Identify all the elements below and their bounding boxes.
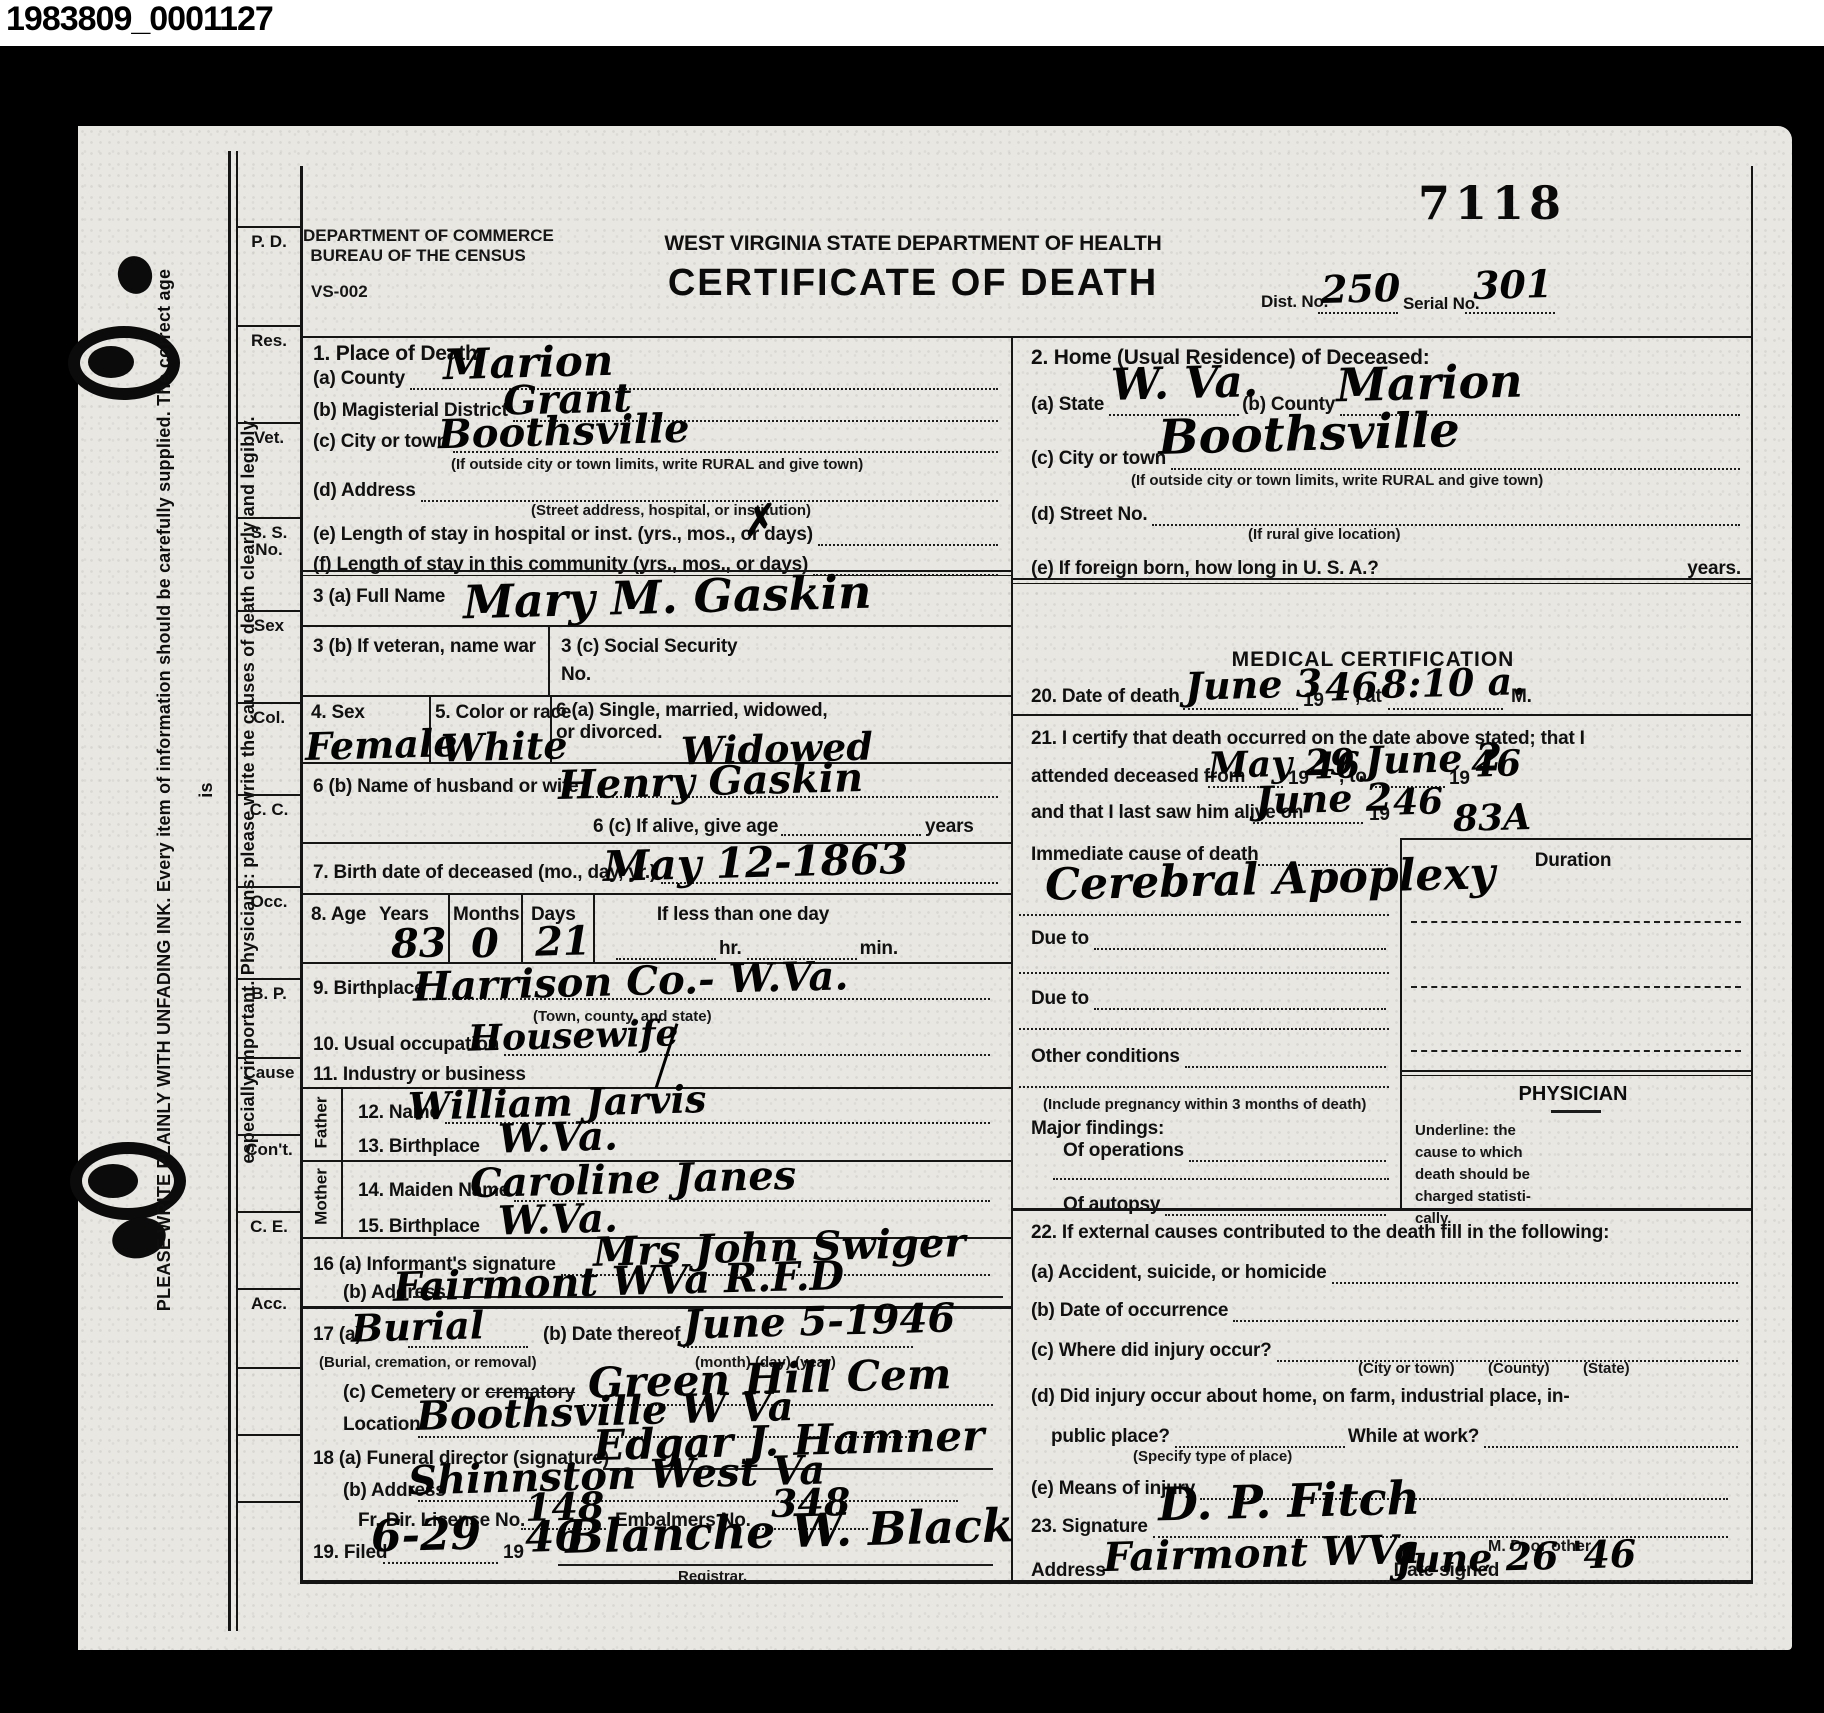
physician-signature-value: D. P. Fitch xyxy=(1157,1475,1420,1528)
dashed-line xyxy=(1411,1050,1741,1052)
last-alive-value: June 2 xyxy=(1255,778,1393,820)
residence-street-row: (d) Street No. xyxy=(1031,502,1743,526)
age-days-value: 21 xyxy=(534,921,591,962)
due-to-label-2: Due to xyxy=(1031,988,1089,1010)
district-number-label: Dist. No. xyxy=(1261,292,1328,312)
burial-type-value: Burial xyxy=(351,1306,485,1347)
of-operations-label: Of operations xyxy=(1063,1140,1184,1162)
ssn-label-2: No. xyxy=(561,664,591,686)
residence-state-label: (a) State xyxy=(1031,394,1104,416)
birthdate-value: May 12-1863 xyxy=(603,838,910,888)
dotted-line xyxy=(1388,708,1503,710)
scan-id: 1983809_0001127 xyxy=(6,2,273,36)
section-line xyxy=(303,893,1011,895)
physician-label: PHYSICIAN xyxy=(1403,1084,1743,1104)
of-operations-row: Of operations xyxy=(1063,1138,1389,1162)
pod-county-row: (a) County xyxy=(313,366,1001,390)
index-label-ssno: S. S. No. xyxy=(238,517,300,610)
dotted-line xyxy=(1189,1158,1386,1162)
immediate-cause-value: Cerebral Apoplexy xyxy=(1045,852,1496,908)
residence-city-note: (If outside city or town limits, write R… xyxy=(1131,472,1543,489)
certificate-paper: PLEASE WRITE PLAINLY WITH UNFADING INK. … xyxy=(78,126,1792,1650)
mother-rotated-label: Mother xyxy=(313,1165,330,1229)
filed-date-value: 6-29 xyxy=(370,1513,481,1560)
occurrence-date-label: (b) Date of occurrence xyxy=(1031,1300,1228,1322)
certificate-title: CERTIFICATE OF DEATH xyxy=(633,264,1193,302)
occupation-value: Housewife xyxy=(468,1015,679,1056)
cell-divider-line xyxy=(521,893,523,962)
dotted-line xyxy=(383,1562,498,1564)
dashed-line xyxy=(1411,986,1741,988)
scan-black-band xyxy=(0,46,1824,116)
filed-year-prefix: 19 xyxy=(503,1542,524,1564)
dotted-line xyxy=(1185,1064,1386,1068)
hole-punch-shadow xyxy=(88,1164,138,1198)
father-birthplace-value: W.Va. xyxy=(497,1116,618,1159)
issuing-department: DEPARTMENT OF COMMERCE BUREAU OF THE CEN… xyxy=(303,226,533,265)
index-label-cause: Cause xyxy=(238,1057,300,1134)
marital-label: 6 (a) Single, married, widowed, xyxy=(556,700,827,722)
if-alive-label: 6 (c) If alive, give age xyxy=(593,816,778,838)
external-causes-title: 22. If external causes contributed to th… xyxy=(1031,1222,1609,1244)
dotted-line xyxy=(1233,1318,1738,1322)
accident-row: (a) Accident, suicide, or homicide xyxy=(1031,1260,1741,1284)
index-label-empty xyxy=(238,1501,300,1631)
dashed-line xyxy=(1411,921,1741,923)
fd-address-value: Shinnston West Va xyxy=(408,1451,826,1502)
age-months-value: 0 xyxy=(470,924,499,965)
index-label-vet: Vet. xyxy=(238,422,300,517)
index-label-sex: Sex xyxy=(238,610,300,702)
physician-underline xyxy=(1551,1110,1601,1113)
major-findings-label: Major findings: xyxy=(1031,1118,1164,1140)
index-label-occ: Occ. xyxy=(238,886,300,978)
dept-line2: BUREAU OF THE CENSUS xyxy=(303,246,533,266)
dotted-line xyxy=(1019,1086,1389,1088)
less-than-one-day-label: If less than one day xyxy=(623,904,863,926)
index-label-cc: C. C. xyxy=(238,794,300,886)
residence-foreign-label: (e) If foreign born, how long in U. S. A… xyxy=(1031,558,1379,580)
pod-city-value: Boothsville xyxy=(438,409,690,456)
margin-instructions-line1: PLEASE WRITE PLAINLY WITH UNFADING INK. … xyxy=(143,260,227,1320)
due-to-row-2: Due to xyxy=(1031,986,1389,1010)
date-signed-value: June 26 '46 xyxy=(1395,1535,1637,1579)
mother-birthplace-label: 15. Birthplace xyxy=(358,1216,480,1238)
min-label: min. xyxy=(860,938,898,960)
serial-number-label: Serial No. xyxy=(1403,294,1479,314)
residence-street-label: (d) Street No. xyxy=(1031,504,1147,526)
date-of-death-value: June 3 xyxy=(1185,664,1323,706)
dotted-line xyxy=(1318,312,1398,314)
section-line xyxy=(1011,714,1751,716)
index-label-acc: Acc. xyxy=(238,1288,300,1367)
burial-date-value: June 5-1946 xyxy=(683,1298,956,1345)
other-conditions-label: Other conditions xyxy=(1031,1046,1180,1068)
district-number-value: 250 xyxy=(1321,269,1401,309)
section-line xyxy=(303,695,1011,697)
certificate-form: DEPARTMENT OF COMMERCE BUREAU OF THE CEN… xyxy=(300,166,1753,1584)
residence-state-value: W. Va. xyxy=(1110,360,1258,408)
pod-address-row: (d) Address xyxy=(313,478,1001,502)
section-line xyxy=(1011,583,1751,584)
residence-foreign-suffix: years. xyxy=(1687,558,1741,580)
state-department-line: WEST VIRGINIA STATE DEPARTMENT OF HEALTH xyxy=(633,232,1193,256)
sex-value: Female xyxy=(305,724,458,766)
birthplace-label: 9. Birthplace xyxy=(313,978,424,1000)
section-line xyxy=(1011,578,1751,580)
father-birthplace-label: 13. Birthplace xyxy=(358,1136,480,1158)
veteran-war-label: 3 (b) If veteran, name war xyxy=(313,636,536,658)
dotted-line xyxy=(818,542,998,546)
accident-label: (a) Accident, suicide, or homicide xyxy=(1031,1262,1327,1284)
cell-divider-line xyxy=(548,625,550,695)
ssn-label: 3 (c) Social Security xyxy=(561,636,737,658)
dotted-line xyxy=(1484,1444,1738,1448)
dotted-line xyxy=(1465,312,1555,314)
date-of-death-label: 20. Date of death xyxy=(1031,686,1180,708)
pod-hospital-stay-label: (e) Length of stay in hospital or inst. … xyxy=(313,524,813,546)
injury-location-note: (City or town) (County) (State) xyxy=(1358,1360,1630,1377)
husband-value: Henry Gaskin xyxy=(558,758,864,806)
cemetery-location-label: Location xyxy=(343,1414,421,1436)
father-rotated-label: Father xyxy=(313,1091,330,1155)
parents-bracket-line xyxy=(341,1087,343,1237)
pod-county-label: (a) County xyxy=(313,368,405,390)
physician-address-label: Address xyxy=(1031,1560,1106,1582)
index-label-empty xyxy=(238,1367,300,1434)
index-label-res: Res. xyxy=(238,325,300,422)
dotted-line xyxy=(1332,1280,1738,1284)
burial-date-label: (b) Date thereof xyxy=(543,1324,680,1346)
dotted-line xyxy=(1053,1178,1389,1180)
dotted-line xyxy=(1019,972,1389,974)
section-line xyxy=(303,625,1011,627)
public-place-label: public place? xyxy=(1051,1426,1170,1448)
dotted-line xyxy=(1504,1578,1740,1582)
full-name-label: 3 (a) Full Name xyxy=(313,586,445,608)
while-at-work-label: While at work? xyxy=(1348,1426,1479,1448)
cell-divider-line xyxy=(448,893,450,962)
of-autopsy-row: Of autopsy xyxy=(1063,1192,1389,1216)
margin-note-83a: 83A xyxy=(1453,799,1532,837)
due-to-label-1: Due to xyxy=(1031,928,1089,950)
full-name-value: Mary M. Gaskin xyxy=(462,569,872,626)
residence-foreign-row: (e) If foreign born, how long in U. S. A… xyxy=(1031,556,1743,580)
cell-divider-line xyxy=(593,893,595,962)
margin-instructions: PLEASE WRITE PLAINLY WITH UNFADING INK. … xyxy=(143,260,227,1320)
residence-city-label: (c) City or town xyxy=(1031,448,1166,470)
scanned-death-certificate-page: 1983809_0001127 PLEASE WRITE PLAINLY WIT… xyxy=(0,0,1824,1713)
dotted-line xyxy=(1165,1212,1386,1216)
column-divider-line xyxy=(1011,336,1013,1580)
sex-label: 4. Sex xyxy=(311,702,365,724)
index-label-pd: P. D. xyxy=(238,226,300,325)
margin-rule xyxy=(228,151,231,1631)
solid-line xyxy=(558,1564,993,1566)
dotted-line xyxy=(1094,946,1386,950)
registrar-signature-value: Blanche W. Black xyxy=(564,1502,1014,1560)
serial-number-value: 301 xyxy=(1473,265,1553,305)
residence-city-value: Boothsville xyxy=(1157,406,1460,462)
death-time-value: 8:10 a. xyxy=(1381,662,1526,704)
other-conditions-row: Other conditions xyxy=(1031,1044,1389,1068)
injury-place-line2: public place? While at work? xyxy=(1051,1424,1741,1448)
age-label: 8. Age xyxy=(311,904,366,926)
physician-box-line xyxy=(1400,1075,1751,1076)
dotted-line xyxy=(1094,1006,1386,1010)
of-autopsy-label: Of autopsy xyxy=(1063,1194,1160,1216)
physician-note: Underline: the cause to which death shou… xyxy=(1415,1120,1745,1230)
birthplace-value: Harrison Co.- W.Va. xyxy=(413,956,849,1007)
residence-county-value: Marion xyxy=(1335,358,1523,409)
marital-label-2: or divorced. xyxy=(556,722,662,744)
dotted-line xyxy=(1171,466,1740,470)
section-line-heavy xyxy=(1011,1208,1751,1211)
due-to-row-1: Due to xyxy=(1031,926,1389,950)
death-year-value: 46 xyxy=(1325,667,1379,706)
injury-location-label: (c) Where did injury occur? xyxy=(1031,1340,1272,1362)
scan-id-bar: 1983809_0001127 xyxy=(0,0,1824,46)
pod-hospital-stay-row: (e) Length of stay in hospital or inst. … xyxy=(313,522,1001,546)
pod-city-note: (If outside city or town limits, write R… xyxy=(451,456,863,473)
age-years-value: 83 xyxy=(390,923,447,964)
pod-city-label: (c) City or town xyxy=(313,431,448,453)
occurrence-date-row: (b) Date of occurrence xyxy=(1031,1298,1741,1322)
last-alive-year-value: 46 xyxy=(1393,783,1444,820)
dotted-line xyxy=(1152,522,1740,526)
husband-label: 6 (b) Name of husband or wife xyxy=(313,776,579,798)
if-alive-suffix: years xyxy=(925,816,974,838)
dept-line1: DEPARTMENT OF COMMERCE xyxy=(303,226,533,246)
physician-address-value: Fairmont WVa xyxy=(1103,1530,1421,1578)
index-label-cont: Con't. xyxy=(238,1134,300,1211)
index-label-ce: C. E. xyxy=(238,1211,300,1288)
place-type-note: (Specify type of place) xyxy=(1133,1448,1292,1465)
race-value: White xyxy=(441,726,568,767)
residence-street-note: (If rural give location) xyxy=(1248,526,1401,543)
form-code: VS-002 xyxy=(311,282,368,302)
physician-box-line xyxy=(1400,1070,1751,1072)
injury-place-line1: (d) Did injury occur about home, on farm… xyxy=(1031,1386,1569,1408)
attended-to-year-value: 46 xyxy=(1471,745,1522,782)
index-label-col: Col. xyxy=(238,702,300,794)
injury-location-row: (c) Where did injury occur? xyxy=(1031,1338,1741,1362)
index-label-empty xyxy=(238,1434,300,1501)
registrar-label: Registrar. xyxy=(678,1568,747,1585)
burial-note: (Burial, cremation, or removal) xyxy=(319,1354,537,1371)
dotted-line xyxy=(1019,1028,1389,1030)
pregnancy-note: (Include pregnancy within 3 months of de… xyxy=(1043,1096,1366,1113)
index-label-bp: B. P. xyxy=(238,978,300,1057)
scan-area: PLEASE WRITE PLAINLY WITH UNFADING INK. … xyxy=(0,116,1824,1713)
certificate-number-stamp: 7118 xyxy=(1418,180,1566,226)
index-label-column: P. D. Res. Vet. S. S. No. Sex Col. C. C.… xyxy=(238,226,300,1631)
hole-punch-shadow xyxy=(88,346,134,378)
dotted-line xyxy=(1019,914,1389,916)
pod-address-label: (d) Address xyxy=(313,480,416,502)
